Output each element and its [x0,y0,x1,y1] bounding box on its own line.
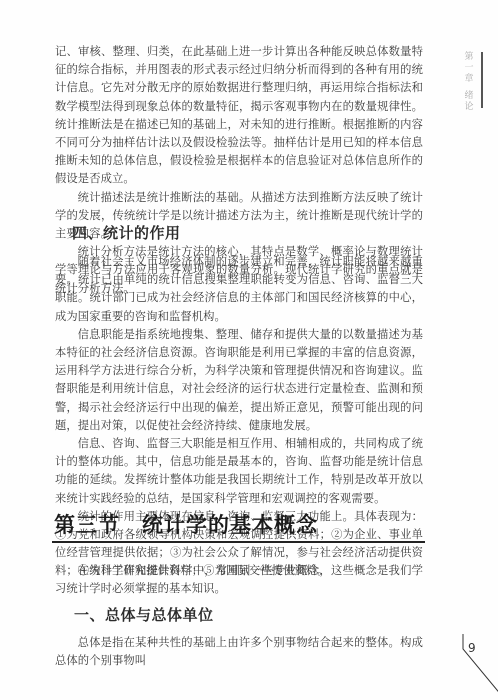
side-tab-char: 论 [462,102,476,113]
page-number: 9 [468,641,476,655]
paragraph: 总体是指在某种共性的基础上由许多个别事物结合起来的整体。构成总体的个别事物叫 [55,634,423,670]
side-tab-char: 一 [462,63,476,74]
book-page: 第 一 章 绪 论 记、审核、整理、归类，在此基础上进一步计算出各种能反映总体数… [0,0,498,700]
section-heading: 第三节统计学的基本概念 [54,509,318,539]
subheading-role-of-statistics: 四、统计的作用 [72,222,181,243]
side-tab-char: 章 [462,74,476,85]
text-block-intro: 在统计工作和统计科学中，常用到一些专业概念，这些概念是我们学习统计学时必须掌握的… [55,562,423,598]
text-block-population: 总体是指在某种共性的基础上由许多个别事物结合起来的整体。构成总体的个别事物叫 [55,634,423,670]
section-underline [52,541,425,543]
chapter-side-tab: 第 一 章 绪 论 [462,52,476,113]
subheading-population: 一、总体与总体单位 [74,604,214,625]
paragraph: 在统计工作和统计科学中，常用到一些专业概念，这些概念是我们学习统计学时必须掌握的… [55,562,423,598]
paragraph: 信息、咨询、监督三大职能是相互作用、相辅相成的，共同构成了统计的整体功能。其中，… [55,435,423,508]
side-tab-char: 第 [462,52,476,63]
paragraph: 信息职能是指系统地搜集、整理、储存和提供大量的以数量描述为基本特征的社会经济信息… [55,326,423,435]
paragraph: 随着社会主义市场经济体制的逐步建立和完善，统计职能将越来越重要。统计已由单纯的统… [55,253,423,326]
side-tab-char: 绪 [462,91,476,102]
section-title: 统计学的基本概念 [142,513,318,537]
paragraph: 记、审核、整理、归类，在此基础上进一步计算出各种能反映总体数量特征的综合指标，并… [55,43,423,189]
section-number: 第三节 [54,513,120,537]
side-tab-bar [481,52,483,108]
